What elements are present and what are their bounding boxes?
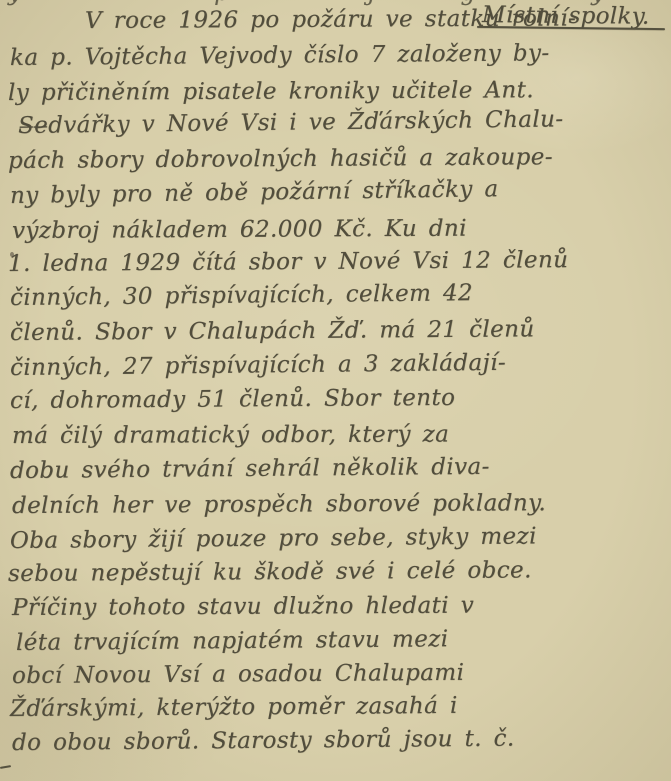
ink-speck xyxy=(10,252,14,257)
handwritten-line: má čilý dramatický odbor, který za xyxy=(12,422,449,449)
handwritten-line: pách sbory dobrovolných hasičů a zakoupe… xyxy=(8,145,553,174)
handwritten-line: Příčiny tohoto stavu dlužno hledati v xyxy=(12,594,474,622)
handwritten-line: dobu svého trvání sehrál několik diva- xyxy=(10,455,490,484)
handwritten-line: cí, dohromady 51 členů. Sbor tento xyxy=(10,386,455,414)
chronicle-page: y p j g y Místní spolky. V roce 1926 po … xyxy=(0,0,671,781)
handwritten-line: Žďárskými, kterýžto poměr zasahá i xyxy=(10,694,458,722)
handwritten-line: sebou nepěstují ku škodě své i celé obce… xyxy=(8,558,532,587)
handwritten-line: S̶e̶dvářky v Nové Vsi i ve Žďárských Cha… xyxy=(18,107,564,139)
handwritten-line: výzbroj nákladem 62.000 Kč. Ku dni xyxy=(12,217,467,245)
handwritten-line: Oba sbory žijí pouze pro sebe, styky mez… xyxy=(10,524,537,554)
handwritten-line: do obou sborů. Starosty sborů jsou t. č. xyxy=(12,727,515,757)
handwritten-line: činných, 27 přispívajících a 3 zakládají… xyxy=(10,351,506,381)
handwritten-line: obcí Novou Vsí a osadou Chalupami xyxy=(12,661,464,689)
handwritten-line: delních her ve prospěch sborové pokladny… xyxy=(12,491,546,519)
handwritten-line: 1. ledna 1929 čítá sbor v Nové Vsi 12 čl… xyxy=(8,248,569,277)
handwritten-line: V roce 1926 po požáru ve statku rolní- xyxy=(85,6,576,34)
handwritten-line: ly přičiněním pisatele kroniky učitele A… xyxy=(8,78,534,106)
handwritten-line: léta trvajícím napjatém stavu mezi xyxy=(16,627,449,656)
handwritten-line: ka p. Vojtěcha Vejvody číslo 7 založeny … xyxy=(10,41,550,71)
handwritten-line: ny byly pro ně obě požární stříkačky a xyxy=(10,177,499,209)
handwritten-line: členů. Sbor v Chalupách Žď. má 21 členů xyxy=(10,317,535,346)
handwritten-line: činných, 30 přispívajících, celkem 42 xyxy=(10,281,473,311)
ink-dash xyxy=(0,765,11,769)
